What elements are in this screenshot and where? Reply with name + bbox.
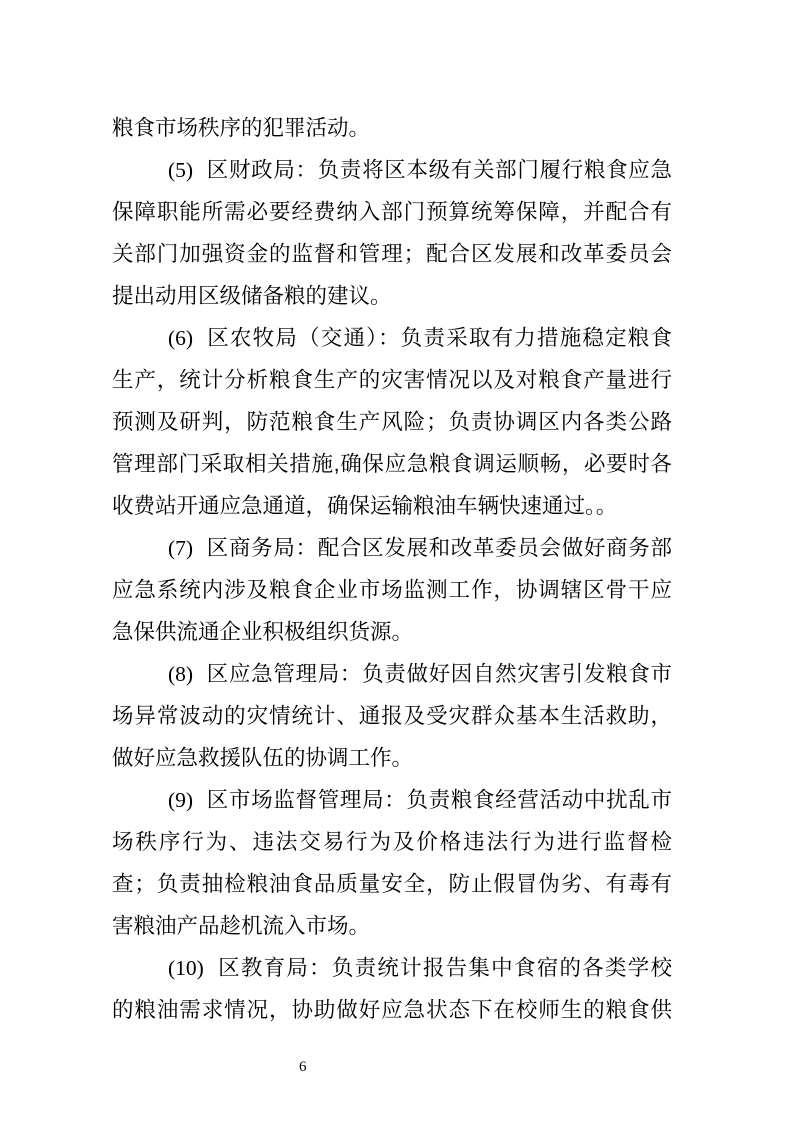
text-line-content: 区应急管理局：负责做好因自然灾害引发粮食市 [206, 662, 672, 686]
text-line: (8)区应急管理局：负责做好因自然灾害引发粮食市 [112, 653, 672, 695]
text-line: (5)区财政局：负责将区本级有关部门履行粮食应急 [112, 149, 672, 191]
text-line: 场异常波动的灾情统计、通报及受灾群众基本生活救助， [112, 695, 672, 737]
text-line: 生产，统计分析粮食生产的灾害情况以及对粮食产量进行 [112, 359, 672, 401]
text-line: 场秩序行为、违法交易行为及价格违法行为进行监督检 [112, 821, 672, 863]
paragraph-number: (8) [168, 662, 193, 686]
paragraph-number: (5) [168, 158, 193, 182]
text-line: 应急系统内涉及粮食企业市场监测工作，协调辖区骨干应 [112, 569, 672, 611]
paragraph-number: (9) [168, 788, 193, 812]
paragraph-number: (7) [168, 536, 193, 560]
page-number: 6 [299, 1056, 307, 1078]
text-line-content: 区商务局：配合区发展和改革委员会做好商务部 [206, 536, 672, 560]
text-line: 预测及研判，防范粮食生产风险；负责协调区内各类公路 [112, 401, 672, 443]
text-line-content: 区财政局：负责将区本级有关部门履行粮食应急 [206, 158, 672, 182]
paragraph-number: (6) [168, 326, 193, 350]
text-line: 管理部门采取相关措施,确保应急粮食调运顺畅，必要时各 [112, 443, 672, 485]
text-line: 粮食市场秩序的犯罪活动。 [112, 107, 672, 149]
text-line: 关部门加强资金的监督和管理；配合区发展和改革委员会 [112, 233, 672, 275]
text-line-content: 区教育局：负责统计报告集中食宿的各类学校 [217, 956, 672, 980]
text-line: 做好应急救援队伍的协调工作。 [112, 737, 672, 779]
text-line: (7)区商务局：配合区发展和改革委员会做好商务部 [112, 527, 672, 569]
text-line: (6)区农牧局（交通）：负责采取有力措施稳定粮食 [112, 317, 672, 359]
text-line-content: 区市场监督管理局：负责粮食经营活动中扰乱市 [206, 788, 672, 812]
document-page: 粮食市场秩序的犯罪活动。 (5)区财政局：负责将区本级有关部门履行粮食应急 保障… [0, 0, 793, 1122]
text-line: (9)区市场监督管理局：负责粮食经营活动中扰乱市 [112, 779, 672, 821]
text-line: 害粮油产品趁机流入市场。 [112, 905, 672, 947]
document-body: 粮食市场秩序的犯罪活动。 (5)区财政局：负责将区本级有关部门履行粮食应急 保障… [112, 107, 672, 1031]
text-line: 收费站开通应急通道，确保运输粮油车辆快速通过。。 [112, 485, 672, 527]
text-line: (10)区教育局：负责统计报告集中食宿的各类学校 [112, 947, 672, 989]
paragraph-number: (10) [168, 956, 204, 980]
text-line: 的粮油需求情况，协助做好应急状态下在校师生的粮食供 [112, 989, 672, 1031]
text-line: 查；负责抽检粮油食品质量安全，防止假冒伪劣、有毒有 [112, 863, 672, 905]
text-line: 急保供流通企业积极组织货源。 [112, 611, 672, 653]
text-line-content: 区农牧局（交通）：负责采取有力措施稳定粮食 [206, 326, 672, 350]
text-line: 保障职能所需必要经费纳入部门预算统筹保障，并配合有 [112, 191, 672, 233]
text-line: 提出动用区级储备粮的建议。 [112, 275, 672, 317]
